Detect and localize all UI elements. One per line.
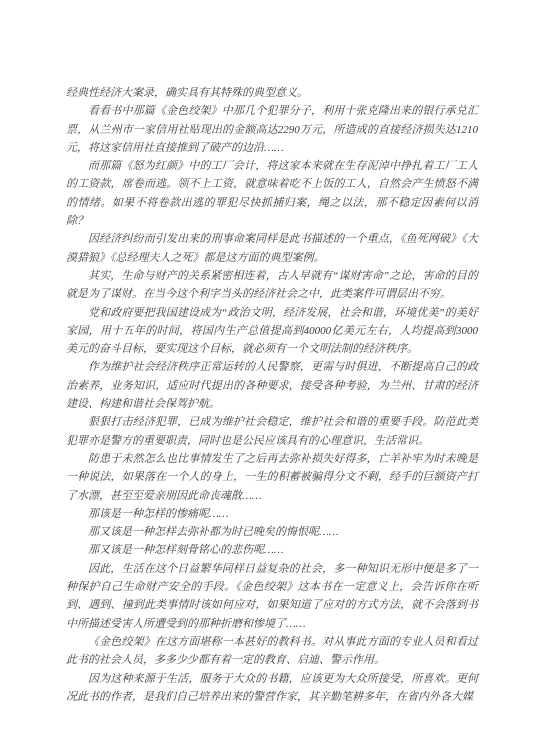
- paragraph: 其实，生命与财产的关系紧密相连着，古人早就有“谋财害命”之论，害命的目的就是为了…: [66, 267, 478, 304]
- paragraph: 看看书中那篇《金色绞架》中那几个犯罪分子，利用十张克隆出来的银行承兑汇票，从兰州…: [66, 102, 478, 157]
- paragraph: 因经济纠纷而引发出来的刑事命案同样是此书描述的一个重点，《鱼死网破》《大漠猎狼》…: [66, 230, 478, 267]
- paragraph: 因此，生活在这个日益繁华同样日益复杂的社会，多一种知识无形中便是多了一种保护自己…: [66, 560, 478, 633]
- paragraph: 防患于未然怎么也比事情发生了之后再去弥补损失好得多，亡羊补牢为时未晚是一种说法，…: [66, 450, 478, 505]
- paragraph: 狠狠打击经济犯罪，已成为维护社会稳定，维护社会和谐的重要手段。防范此类犯罪亦是警…: [66, 413, 478, 450]
- paragraph: 那该是一种怎样的惨痛呢……: [66, 505, 478, 523]
- paragraph: 因为这种来源于生活，服务于大众的书籍，应该更为大众所接受，所喜欢。更何况此书的作…: [66, 670, 478, 707]
- paragraph: 而那篇《怒为红颜》中的工厂会计，将这家本来就在生存泥淖中挣扎着工厂工人的工资款，…: [66, 157, 478, 230]
- paragraph: 那又该是一种怎样去弥补都为时已晚矣的悔恨呢……: [66, 523, 478, 541]
- page-text: 经典性经济大案录，确实具有其特殊的典型意义。看看书中那篇《金色绞架》中那几个犯罪…: [66, 84, 478, 706]
- paragraph: 党和政府要把我国建设成为“政治文明，经济发展，社会和谐，环境优美”的美好家园，用…: [66, 304, 478, 359]
- book-page: 经典性经济大案录，确实具有其特殊的典型意义。看看书中那篇《金色绞架》中那几个犯罪…: [0, 0, 542, 755]
- paragraph: 作为维护社会经济秩序正常运转的人民警察，更需与时俱进，不断提高自己的政治素养，业…: [66, 358, 478, 413]
- paragraph: 经典性经济大案录，确实具有其特殊的典型意义。: [66, 84, 478, 102]
- paragraph: 《金色绞架》在这方面堪称一本甚好的教科书。对从事此方面的专业人员和看过此书的社会…: [66, 633, 478, 670]
- paragraph: 那又该是一种怎样刻骨铭心的悲伤呢……: [66, 541, 478, 559]
